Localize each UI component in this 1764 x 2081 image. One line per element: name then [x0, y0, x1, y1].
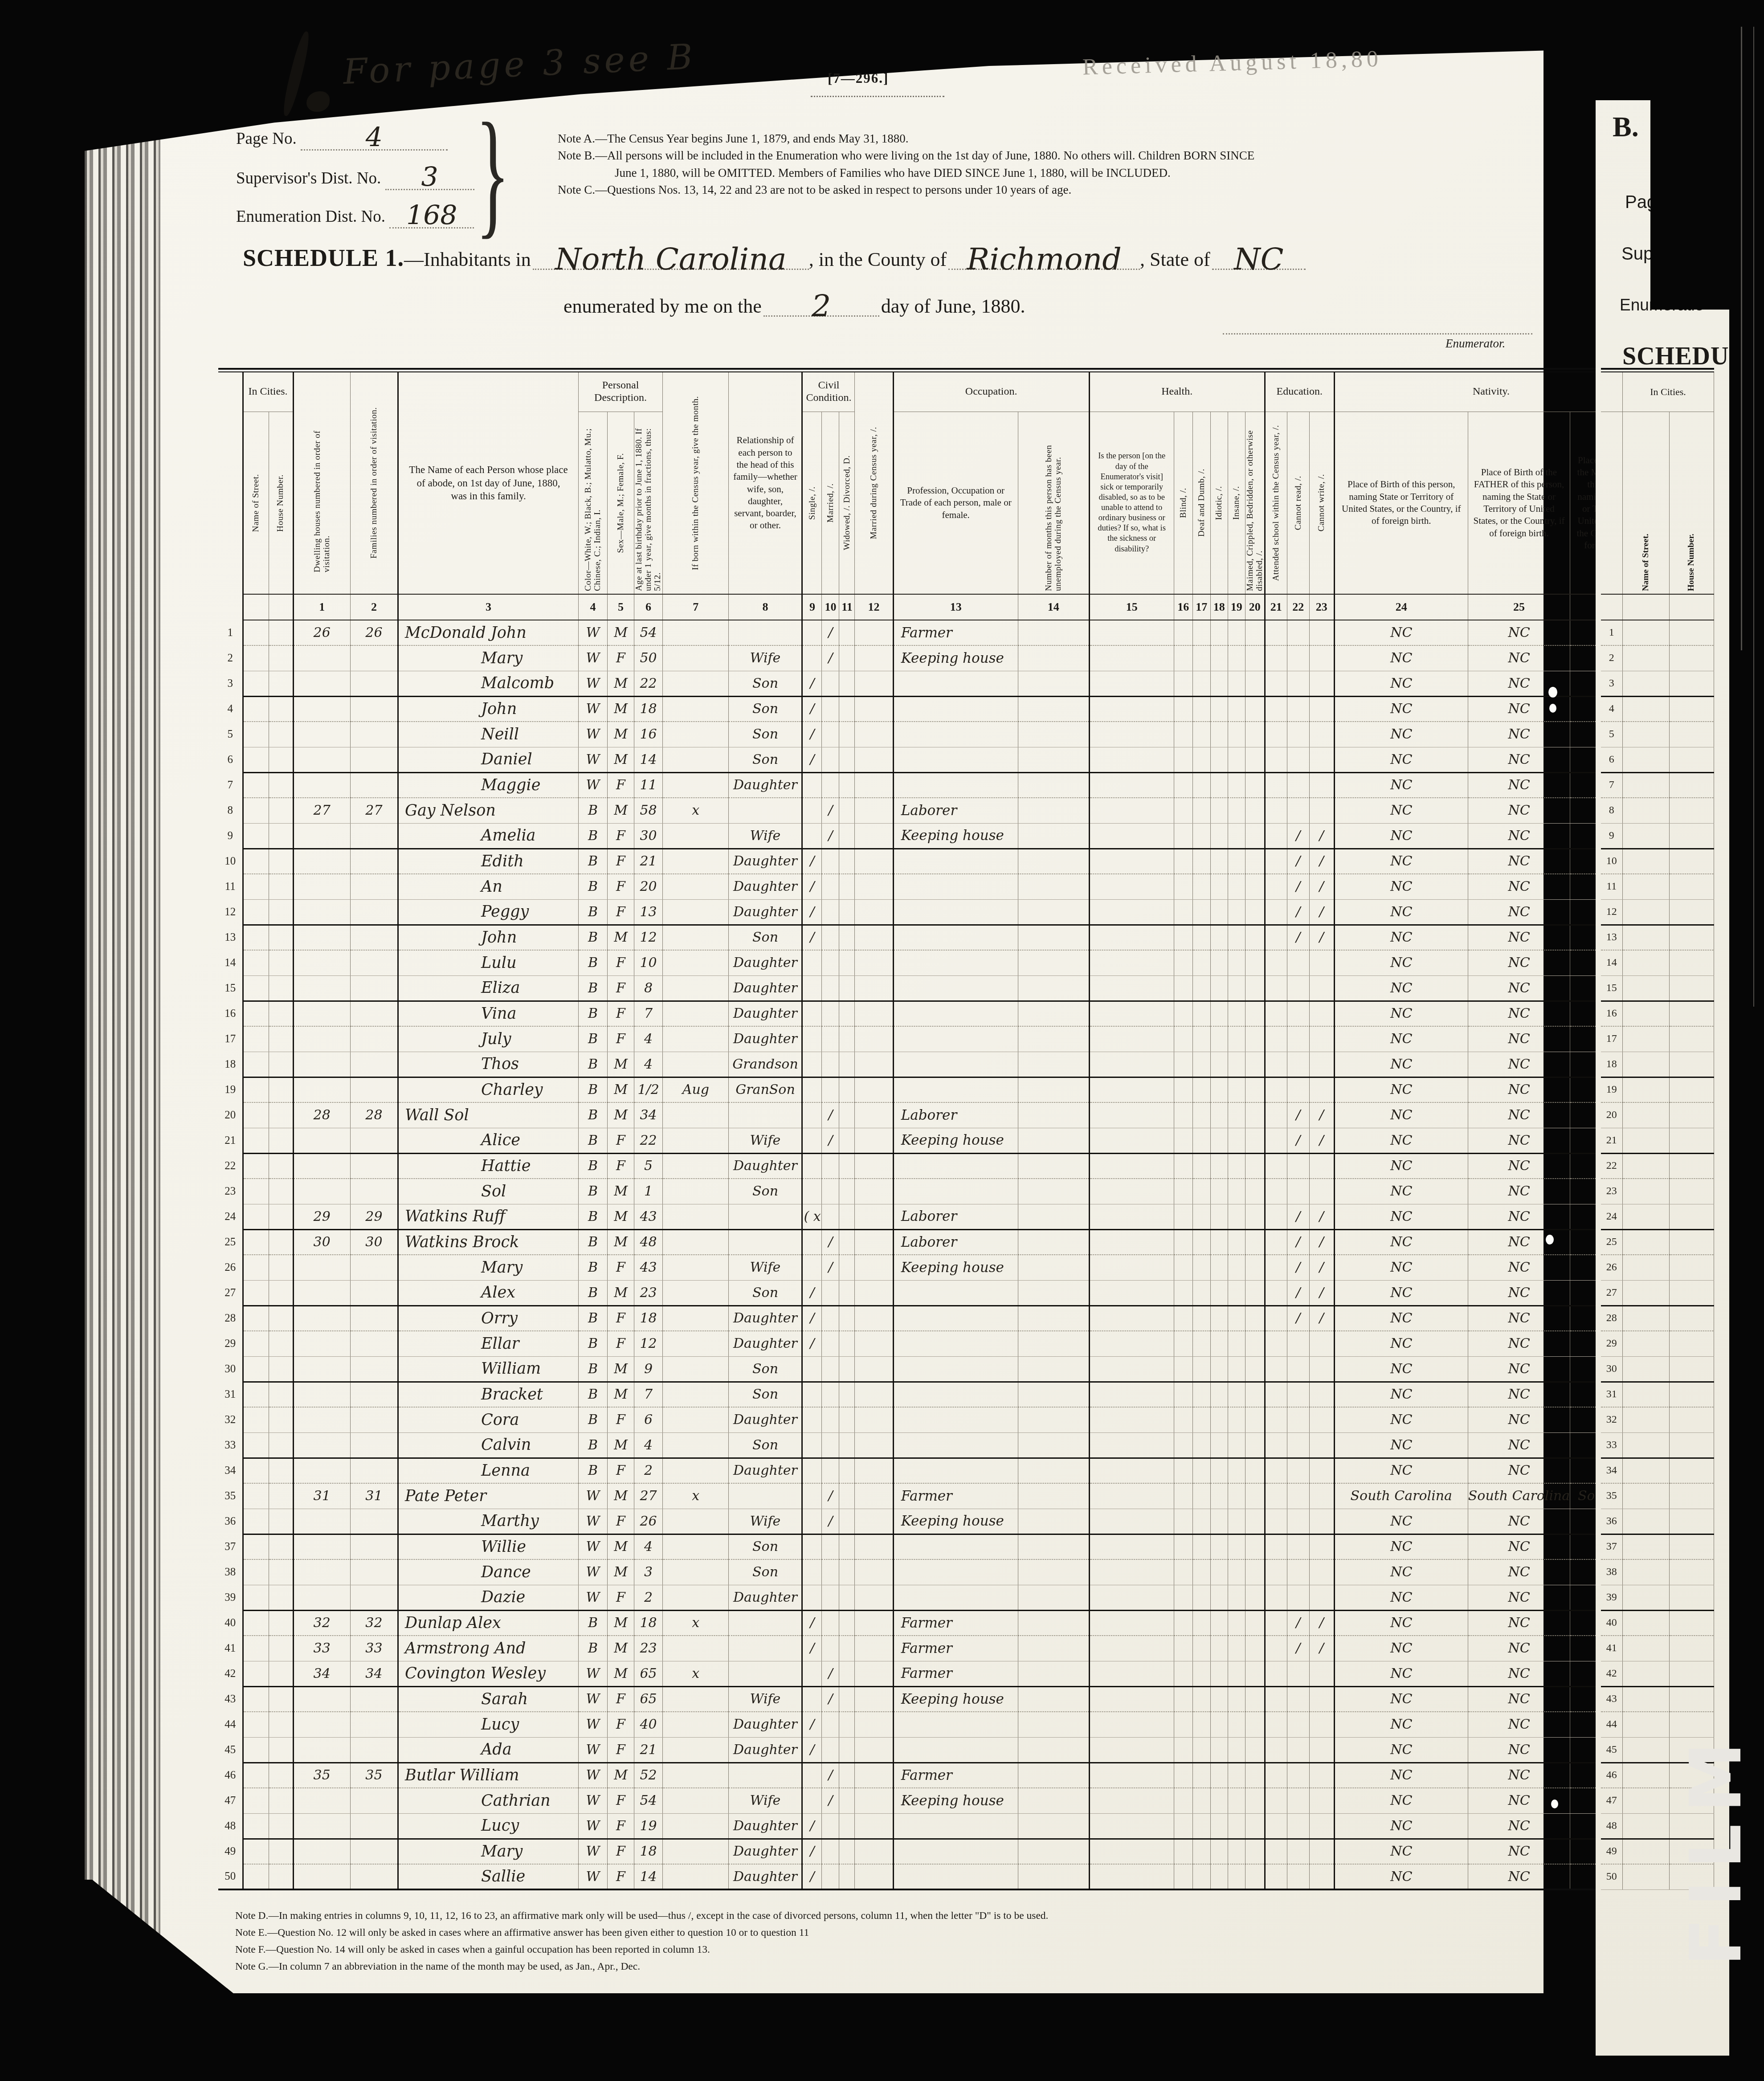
cell-b18	[1210, 1255, 1228, 1280]
cell-sick	[1089, 1052, 1174, 1077]
cell-occ	[893, 1813, 1018, 1839]
cell-street	[243, 1559, 269, 1585]
line-number: 5	[218, 722, 243, 747]
next-page-empty-cell	[1669, 925, 1714, 950]
cell-m	[822, 696, 839, 722]
cell-wr: /	[1309, 1229, 1334, 1255]
cell-b17	[1192, 1559, 1210, 1585]
cell-street	[243, 1712, 269, 1737]
cell-c: B	[579, 925, 608, 950]
cell-age: 43	[634, 1204, 663, 1229]
cell-m	[822, 1559, 839, 1585]
cell-street	[243, 1153, 269, 1179]
next-page-empty-cell	[1622, 1331, 1669, 1356]
cell-wr	[1309, 671, 1334, 696]
cell-pb: NC	[1334, 1432, 1468, 1458]
next-page-line-number: 10	[1601, 849, 1622, 874]
cell-fam	[350, 925, 398, 950]
schedule-title: Schedule 1.—Inhabitants in North Carolin…	[243, 244, 1306, 272]
next-page-row: 1	[1601, 620, 1714, 645]
cell-b20	[1245, 798, 1265, 823]
next-page-row: 26	[1601, 1255, 1714, 1280]
cell-my	[855, 620, 893, 645]
cell-w	[839, 1306, 855, 1331]
cell-sx: M	[608, 1636, 634, 1661]
cell-pb: NC	[1334, 1331, 1468, 1356]
cell-m	[822, 1432, 839, 1458]
census-row: 11AnBF20Daughter///NCNCNC	[218, 874, 1648, 899]
cell-street	[243, 645, 269, 671]
cell-m	[822, 1610, 839, 1636]
cell-b18	[1210, 975, 1228, 1001]
cell-rd: /	[1287, 1255, 1309, 1280]
col-12-married-census-year-head: Married during Census year, /.	[855, 372, 893, 594]
cell-b20	[1245, 1585, 1265, 1610]
cell-sx: F	[608, 899, 634, 925]
cell-mo	[663, 874, 729, 899]
form-number-underline	[811, 96, 944, 97]
cell-un	[1018, 1686, 1089, 1712]
cell-house	[269, 1280, 293, 1306]
cell-b19	[1228, 1559, 1245, 1585]
cell-house	[269, 1636, 293, 1661]
cell-dw	[293, 1382, 350, 1407]
cell-sx: F	[608, 1153, 634, 1179]
supervisor-district-value: 3	[385, 166, 474, 190]
cell-b19	[1228, 874, 1245, 899]
cell-c: W	[579, 1686, 608, 1712]
cell-b19	[1228, 1255, 1245, 1280]
cell-street	[243, 696, 269, 722]
cell-s	[802, 823, 822, 849]
cell-occ	[893, 925, 1018, 950]
cell-sx: F	[608, 1407, 634, 1432]
cell-rel: Wife	[729, 1788, 802, 1813]
cell-wr: /	[1309, 1280, 1334, 1306]
cell-rel	[729, 1763, 802, 1788]
cell-b17	[1192, 823, 1210, 849]
cell-fam	[350, 975, 398, 1001]
cell-b17	[1192, 1661, 1210, 1686]
cell-s	[802, 1483, 822, 1509]
next-page-empty-cell	[1622, 874, 1669, 899]
census-row: 353131Pate PeterWM27x/FarmerSouth Caroli…	[218, 1483, 1648, 1509]
cell-occ	[893, 1407, 1018, 1432]
page-number-line: Page No. 4	[236, 126, 448, 151]
cell-rd	[1287, 747, 1309, 772]
cell-c: B	[579, 1229, 608, 1255]
cell-wr	[1309, 1509, 1334, 1534]
cell-pf: NC	[1468, 1813, 1570, 1839]
cell-fam	[350, 899, 398, 925]
cell-my	[855, 772, 893, 798]
cell-sch	[1265, 975, 1287, 1001]
next-page-empty-cell	[1622, 1661, 1669, 1686]
cell-occ	[893, 1382, 1018, 1407]
cell-un	[1018, 1483, 1089, 1509]
cell-fam	[350, 1534, 398, 1559]
cell-fam	[350, 1839, 398, 1864]
cell-sick	[1089, 1280, 1174, 1306]
mini-group-row: In Cities.	[1601, 372, 1714, 412]
cell-b18	[1210, 1585, 1228, 1610]
cell-rd	[1287, 1864, 1309, 1889]
cell-sx: F	[608, 1306, 634, 1331]
cell-pf: NC	[1468, 1458, 1570, 1483]
cell-sx: M	[608, 1661, 634, 1686]
cell-w	[839, 696, 855, 722]
cell-sx: F	[608, 1788, 634, 1813]
cell-rel: Daughter	[729, 1712, 802, 1737]
cell-pb: NC	[1334, 1356, 1468, 1382]
line-number: 15	[218, 975, 243, 1001]
cell-sch	[1265, 1077, 1287, 1102]
cell-sch	[1265, 696, 1287, 722]
cell-c: W	[579, 722, 608, 747]
cell-sch	[1265, 1179, 1287, 1204]
cell-w	[839, 950, 855, 975]
column-number: 4	[579, 594, 608, 620]
cell-w	[839, 1813, 855, 1839]
cell-dw	[293, 1356, 350, 1382]
cell-house	[269, 1509, 293, 1534]
cell-b16	[1174, 1636, 1192, 1661]
line-number: 39	[218, 1585, 243, 1610]
cell-my	[855, 849, 893, 874]
cell-s	[802, 1559, 822, 1585]
cell-house	[269, 1356, 293, 1382]
cell-m: /	[822, 1255, 839, 1280]
cell-b16	[1174, 645, 1192, 671]
cell-mo	[663, 747, 729, 772]
cell-b19	[1228, 1458, 1245, 1483]
cell-pb: NC	[1334, 1458, 1468, 1483]
next-page-row: 40	[1601, 1610, 1714, 1636]
cell-sx: M	[608, 1052, 634, 1077]
cell-b16	[1174, 1407, 1192, 1432]
cell-b17	[1192, 1763, 1210, 1788]
cell-b20	[1245, 1712, 1265, 1737]
next-page-empty-cell	[1622, 1483, 1669, 1509]
cell-pf: NC	[1468, 1763, 1570, 1788]
cell-street	[243, 1077, 269, 1102]
cell-mo	[663, 1052, 729, 1077]
next-page-empty-cell	[1622, 1585, 1669, 1610]
cell-pf: NC	[1468, 1128, 1570, 1153]
cell-dw	[293, 1737, 350, 1763]
cell-un	[1018, 1559, 1089, 1585]
cell-b19	[1228, 1432, 1245, 1458]
cell-sx: M	[608, 722, 634, 747]
cell-b19	[1228, 1331, 1245, 1356]
cell-name: John	[398, 696, 579, 722]
line-number: 43	[218, 1686, 243, 1712]
cell-w	[839, 1331, 855, 1356]
cell-s	[802, 1102, 822, 1128]
cell-b18	[1210, 1052, 1228, 1077]
cell-c: B	[579, 849, 608, 874]
cell-my	[855, 1229, 893, 1255]
cell-pf: NC	[1468, 1407, 1570, 1432]
cell-dw: 30	[293, 1229, 350, 1255]
cell-s	[802, 1661, 822, 1686]
cell-pf: NC	[1468, 1737, 1570, 1763]
cell-wr	[1309, 1407, 1334, 1432]
cell-sch	[1265, 1204, 1287, 1229]
cell-my	[855, 1661, 893, 1686]
cell-w	[839, 1102, 855, 1128]
cell-b17	[1192, 975, 1210, 1001]
cell-dw	[293, 645, 350, 671]
cell-wr: /	[1309, 1610, 1334, 1636]
census-row: 37WillieWM4SonNCNCNC	[218, 1534, 1648, 1559]
cell-s: /	[802, 1331, 822, 1356]
cell-b19	[1228, 1483, 1245, 1509]
cell-dw	[293, 975, 350, 1001]
cell-wr	[1309, 1686, 1334, 1712]
cell-c: B	[579, 1001, 608, 1026]
cell-age: 4	[634, 1026, 663, 1052]
cell-b16	[1174, 1306, 1192, 1331]
next-page-empty-cell	[1622, 772, 1669, 798]
col-19-insane-head: Insane, /.	[1228, 412, 1245, 595]
mini-house-head: House Number.	[1669, 412, 1714, 595]
cell-b16	[1174, 1204, 1192, 1229]
cell-b18	[1210, 1331, 1228, 1356]
cell-m: /	[822, 1102, 839, 1128]
cell-b19	[1228, 1102, 1245, 1128]
cell-c: W	[579, 1737, 608, 1763]
cell-b18	[1210, 1102, 1228, 1128]
cell-sick	[1089, 696, 1174, 722]
cell-c: W	[579, 645, 608, 671]
cell-dw	[293, 1331, 350, 1356]
cell-name: Watkins Brock	[398, 1229, 579, 1255]
cell-b20	[1245, 671, 1265, 696]
cell-sx: M	[608, 620, 634, 645]
cell-fam	[350, 1458, 398, 1483]
cell-dw	[293, 696, 350, 722]
cell-my	[855, 823, 893, 849]
next-page-empty-cell	[1622, 1001, 1669, 1026]
cell-w	[839, 1712, 855, 1737]
cell-w	[839, 1280, 855, 1306]
line-number: 26	[218, 1255, 243, 1280]
col-20-maimed-head: Maimed, Crippled, Bedridden, or otherwis…	[1245, 412, 1265, 595]
next-page-empty-cell	[1622, 1128, 1669, 1153]
census-row: 15ElizaBF8DaughterNCNCNC	[218, 975, 1648, 1001]
cell-occ: Farmer	[893, 1483, 1018, 1509]
cell-w	[839, 1001, 855, 1026]
cell-mo	[663, 722, 729, 747]
cell-sick	[1089, 1356, 1174, 1382]
column-number: 8	[729, 594, 802, 620]
cell-sick	[1089, 874, 1174, 899]
cell-street	[243, 1763, 269, 1788]
cell-b18	[1210, 1864, 1228, 1889]
cell-un	[1018, 645, 1089, 671]
cell-w	[839, 1839, 855, 1864]
cell-house	[269, 1534, 293, 1559]
cell-w	[839, 1610, 855, 1636]
cell-age: 21	[634, 849, 663, 874]
column-number: 10	[822, 594, 839, 620]
cell-b16	[1174, 1763, 1192, 1788]
cell-name: Charley	[398, 1077, 579, 1102]
cell-b20	[1245, 1331, 1265, 1356]
cell-w	[839, 1686, 855, 1712]
cell-mo	[663, 1153, 729, 1179]
cell-name: Peggy	[398, 899, 579, 925]
cell-sx: M	[608, 798, 634, 823]
cell-s	[802, 1255, 822, 1280]
census-row: 12PeggyBF13Daughter///NCNCNC	[218, 899, 1648, 925]
cell-wr	[1309, 975, 1334, 1001]
cell-rel: Daughter	[729, 849, 802, 874]
cell-house	[269, 747, 293, 772]
next-page-empty-cell	[1669, 1585, 1714, 1610]
cell-w	[839, 823, 855, 849]
next-page-line-number: 8	[1601, 798, 1622, 823]
staple-hole	[1546, 1235, 1554, 1245]
cell-b20	[1245, 772, 1265, 798]
next-page-empty-cell	[1669, 1204, 1714, 1229]
cell-street	[243, 849, 269, 874]
cell-m	[822, 1585, 839, 1610]
next-page-empty-cell	[1622, 1686, 1669, 1712]
cell-wr	[1309, 1712, 1334, 1737]
cell-name: Bracket	[398, 1382, 579, 1407]
cell-b20	[1245, 1661, 1265, 1686]
cell-rd: /	[1287, 1610, 1309, 1636]
cell-un	[1018, 1458, 1089, 1483]
next-page-empty-cell	[1669, 722, 1714, 747]
col-15-sickness-head: Is the person [on the day of the Enumera…	[1089, 412, 1174, 595]
col-17-deaf-dumb-head: Deaf and Dumb, /.	[1192, 412, 1210, 595]
next-page-empty-cell	[1622, 1204, 1669, 1229]
cell-mo	[663, 620, 729, 645]
cell-b17	[1192, 1585, 1210, 1610]
cell-rd	[1287, 1153, 1309, 1179]
col-3-name-head: The Name of each Person whose place of a…	[398, 372, 579, 594]
cell-w	[839, 1179, 855, 1204]
cell-b17	[1192, 772, 1210, 798]
cell-sick	[1089, 1636, 1174, 1661]
col-24-birthplace-head: Place of Birth of this person, naming St…	[1334, 412, 1468, 595]
cell-un	[1018, 1636, 1089, 1661]
next-page-row: 15	[1601, 975, 1714, 1001]
cell-b19	[1228, 1712, 1245, 1737]
cell-wr	[1309, 1763, 1334, 1788]
cell-b20	[1245, 1737, 1265, 1763]
cell-pf: NC	[1468, 1585, 1570, 1610]
cell-fam	[350, 1356, 398, 1382]
cell-b16	[1174, 747, 1192, 772]
film-watermark: FILM	[1676, 1704, 1756, 1993]
cell-b19	[1228, 1534, 1245, 1559]
cell-pb: NC	[1334, 1052, 1468, 1077]
cell-b20	[1245, 1382, 1265, 1407]
cell-s: /	[802, 696, 822, 722]
cell-b18	[1210, 1559, 1228, 1585]
next-page-empty-cell	[1669, 874, 1714, 899]
cell-age: 52	[634, 1763, 663, 1788]
cell-b17	[1192, 722, 1210, 747]
cell-rel: Daughter	[729, 1839, 802, 1864]
line-number: 47	[218, 1788, 243, 1813]
cell-pb: NC	[1334, 1509, 1468, 1534]
line-number: 36	[218, 1509, 243, 1534]
cell-wr	[1309, 1356, 1334, 1382]
cell-b18	[1210, 1356, 1228, 1382]
mini-num-blank	[1601, 594, 1622, 620]
cell-pb: NC	[1334, 1026, 1468, 1052]
cell-street	[243, 747, 269, 772]
cell-w	[839, 1255, 855, 1280]
cell-un	[1018, 1280, 1089, 1306]
cell-pb: NC	[1334, 1204, 1468, 1229]
cell-age: 18	[634, 696, 663, 722]
cell-sick	[1089, 1585, 1174, 1610]
cell-sx: F	[608, 1839, 634, 1864]
cell-sch	[1265, 1229, 1287, 1255]
cell-name: Willie	[398, 1534, 579, 1559]
cell-name: Watkins Ruff	[398, 1204, 579, 1229]
cell-house	[269, 950, 293, 975]
cell-pf: NC	[1468, 1509, 1570, 1534]
cell-sch	[1265, 1432, 1287, 1458]
next-page-empty-cell	[1622, 1458, 1669, 1483]
column-number: 9	[802, 594, 822, 620]
next-page-empty-cell	[1622, 747, 1669, 772]
cell-b19	[1228, 798, 1245, 823]
cell-b17	[1192, 1179, 1210, 1204]
form-number: [7—296.]	[828, 70, 889, 86]
next-page-row: 25	[1601, 1229, 1714, 1255]
next-page-empty-cell	[1669, 849, 1714, 874]
next-page-empty-cell	[1669, 772, 1714, 798]
next-page-row: 13	[1601, 925, 1714, 950]
cell-rd	[1287, 1458, 1309, 1483]
next-page-row: 3	[1601, 671, 1714, 696]
cell-age: 2	[634, 1458, 663, 1483]
cell-occ	[893, 747, 1018, 772]
next-page-line-number: 49	[1601, 1839, 1622, 1864]
next-page-letter: B.	[1613, 110, 1639, 143]
cell-b19	[1228, 1813, 1245, 1839]
cell-b17	[1192, 1534, 1210, 1559]
cell-b16	[1174, 823, 1192, 849]
cell-un	[1018, 1813, 1089, 1839]
cell-w	[839, 1153, 855, 1179]
cell-age: 2	[634, 1585, 663, 1610]
cell-s	[802, 1229, 822, 1255]
cell-un	[1018, 1077, 1089, 1102]
next-page-table: In Cities. Name of Street. House Number.…	[1601, 368, 1714, 1890]
cell-house	[269, 1128, 293, 1153]
col-16-blind-head: Blind, /.	[1174, 412, 1192, 595]
cell-dw	[293, 1788, 350, 1813]
cell-sick	[1089, 1509, 1174, 1534]
cell-b19	[1228, 696, 1245, 722]
instruction-notes-bottom: Note D.—In making entries in columns 9, …	[235, 1907, 1327, 1975]
cell-b16	[1174, 1432, 1192, 1458]
next-page-line-number: 25	[1601, 1229, 1622, 1255]
col-13-occupation-head: Profession, Occupation or Trade of each …	[893, 412, 1018, 595]
cell-b19	[1228, 1864, 1245, 1889]
cell-my	[855, 1356, 893, 1382]
cell-street	[243, 823, 269, 849]
